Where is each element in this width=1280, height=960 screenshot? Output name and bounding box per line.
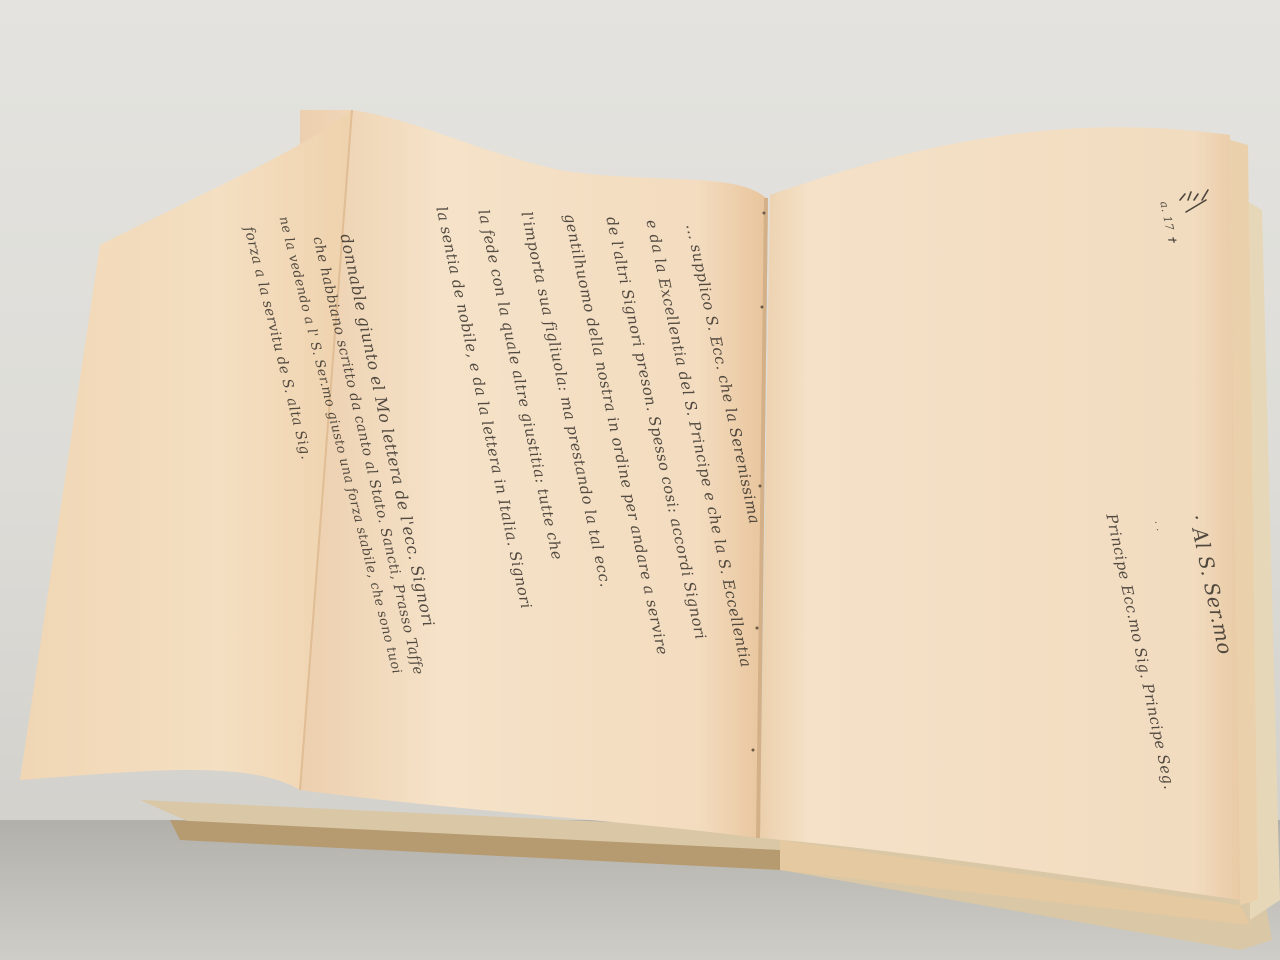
script-dots: · · (1149, 520, 1162, 533)
open-book (0, 0, 1280, 960)
